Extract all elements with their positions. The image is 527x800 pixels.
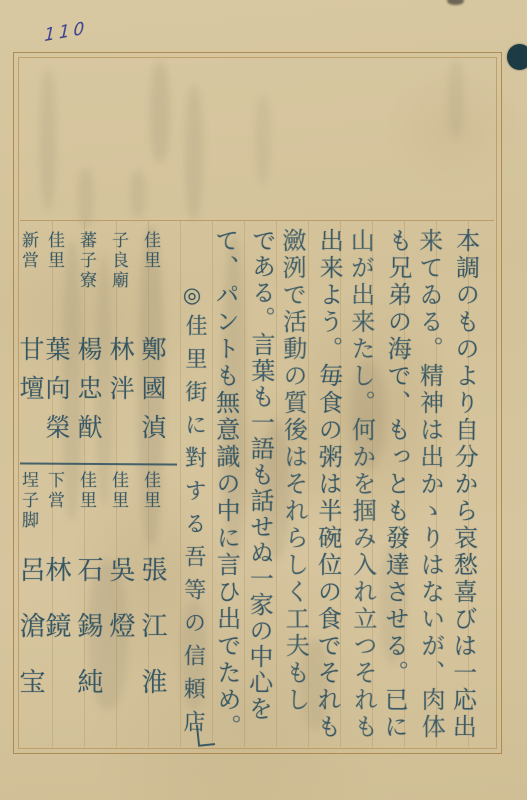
section-heading: 佳里街に對する吾等の信頼店 xyxy=(177,314,209,754)
handwriting-column-6: 瀲洌で活動の質後はそれらしく工夫もし xyxy=(275,228,314,753)
handwriting-column-4: 山が出来たし。何かを掴み入れ立つそれも xyxy=(343,228,381,753)
list-name: 林鏡 xyxy=(41,556,71,751)
handwriting-column-8: て、パントも無意識の中に言ひ出でため。 xyxy=(208,228,245,753)
manuscript-page: 110 本調のものより自分から哀愁喜びは一応出 来てゐる。精神は出かゝりはないが… xyxy=(0,0,527,800)
page-number: 110 xyxy=(44,18,88,46)
list-place: 蕃子寮 xyxy=(73,231,99,336)
handwriting-column-1: 本調のものより自分から哀愁喜びは一応出 xyxy=(445,228,483,753)
handwriting-column-2: 来てゐる。精神は出かゝりはないが、肉体 xyxy=(412,228,449,753)
list-name: 石錫純 xyxy=(73,556,103,751)
list-name: 鄭國湞 xyxy=(137,336,167,466)
list-place: 佳里 xyxy=(137,231,163,336)
handwriting-column-3: も兄弟の海で、もっとも發達させる。已に xyxy=(377,228,416,753)
closing-quote-mark xyxy=(196,723,215,747)
list-place: 新営 xyxy=(15,231,41,336)
list-name: 林泮 xyxy=(105,336,135,466)
list-name: 葉向榮 xyxy=(41,336,71,466)
list-name: 吳燈 xyxy=(105,556,135,751)
handwriting-column-7: である。言葉も一語も話せぬ一家の中心を xyxy=(241,228,279,753)
list-name: 張江淮 xyxy=(137,556,167,751)
list-name: 呂滄宝 xyxy=(15,556,45,751)
list-place: 子良廟 xyxy=(105,231,131,336)
list-place: 佳里 xyxy=(41,231,67,336)
binding-dot xyxy=(507,44,527,70)
scan-edge-mark xyxy=(447,0,464,5)
list-name: 楊忠猷 xyxy=(73,336,103,466)
section-bullseye-marker: ◎ xyxy=(180,283,204,307)
list-name: 甘壇 xyxy=(15,336,45,466)
handwriting-column-5: 出来よう。毎食の粥は半碗位の食でそれも xyxy=(310,228,347,753)
